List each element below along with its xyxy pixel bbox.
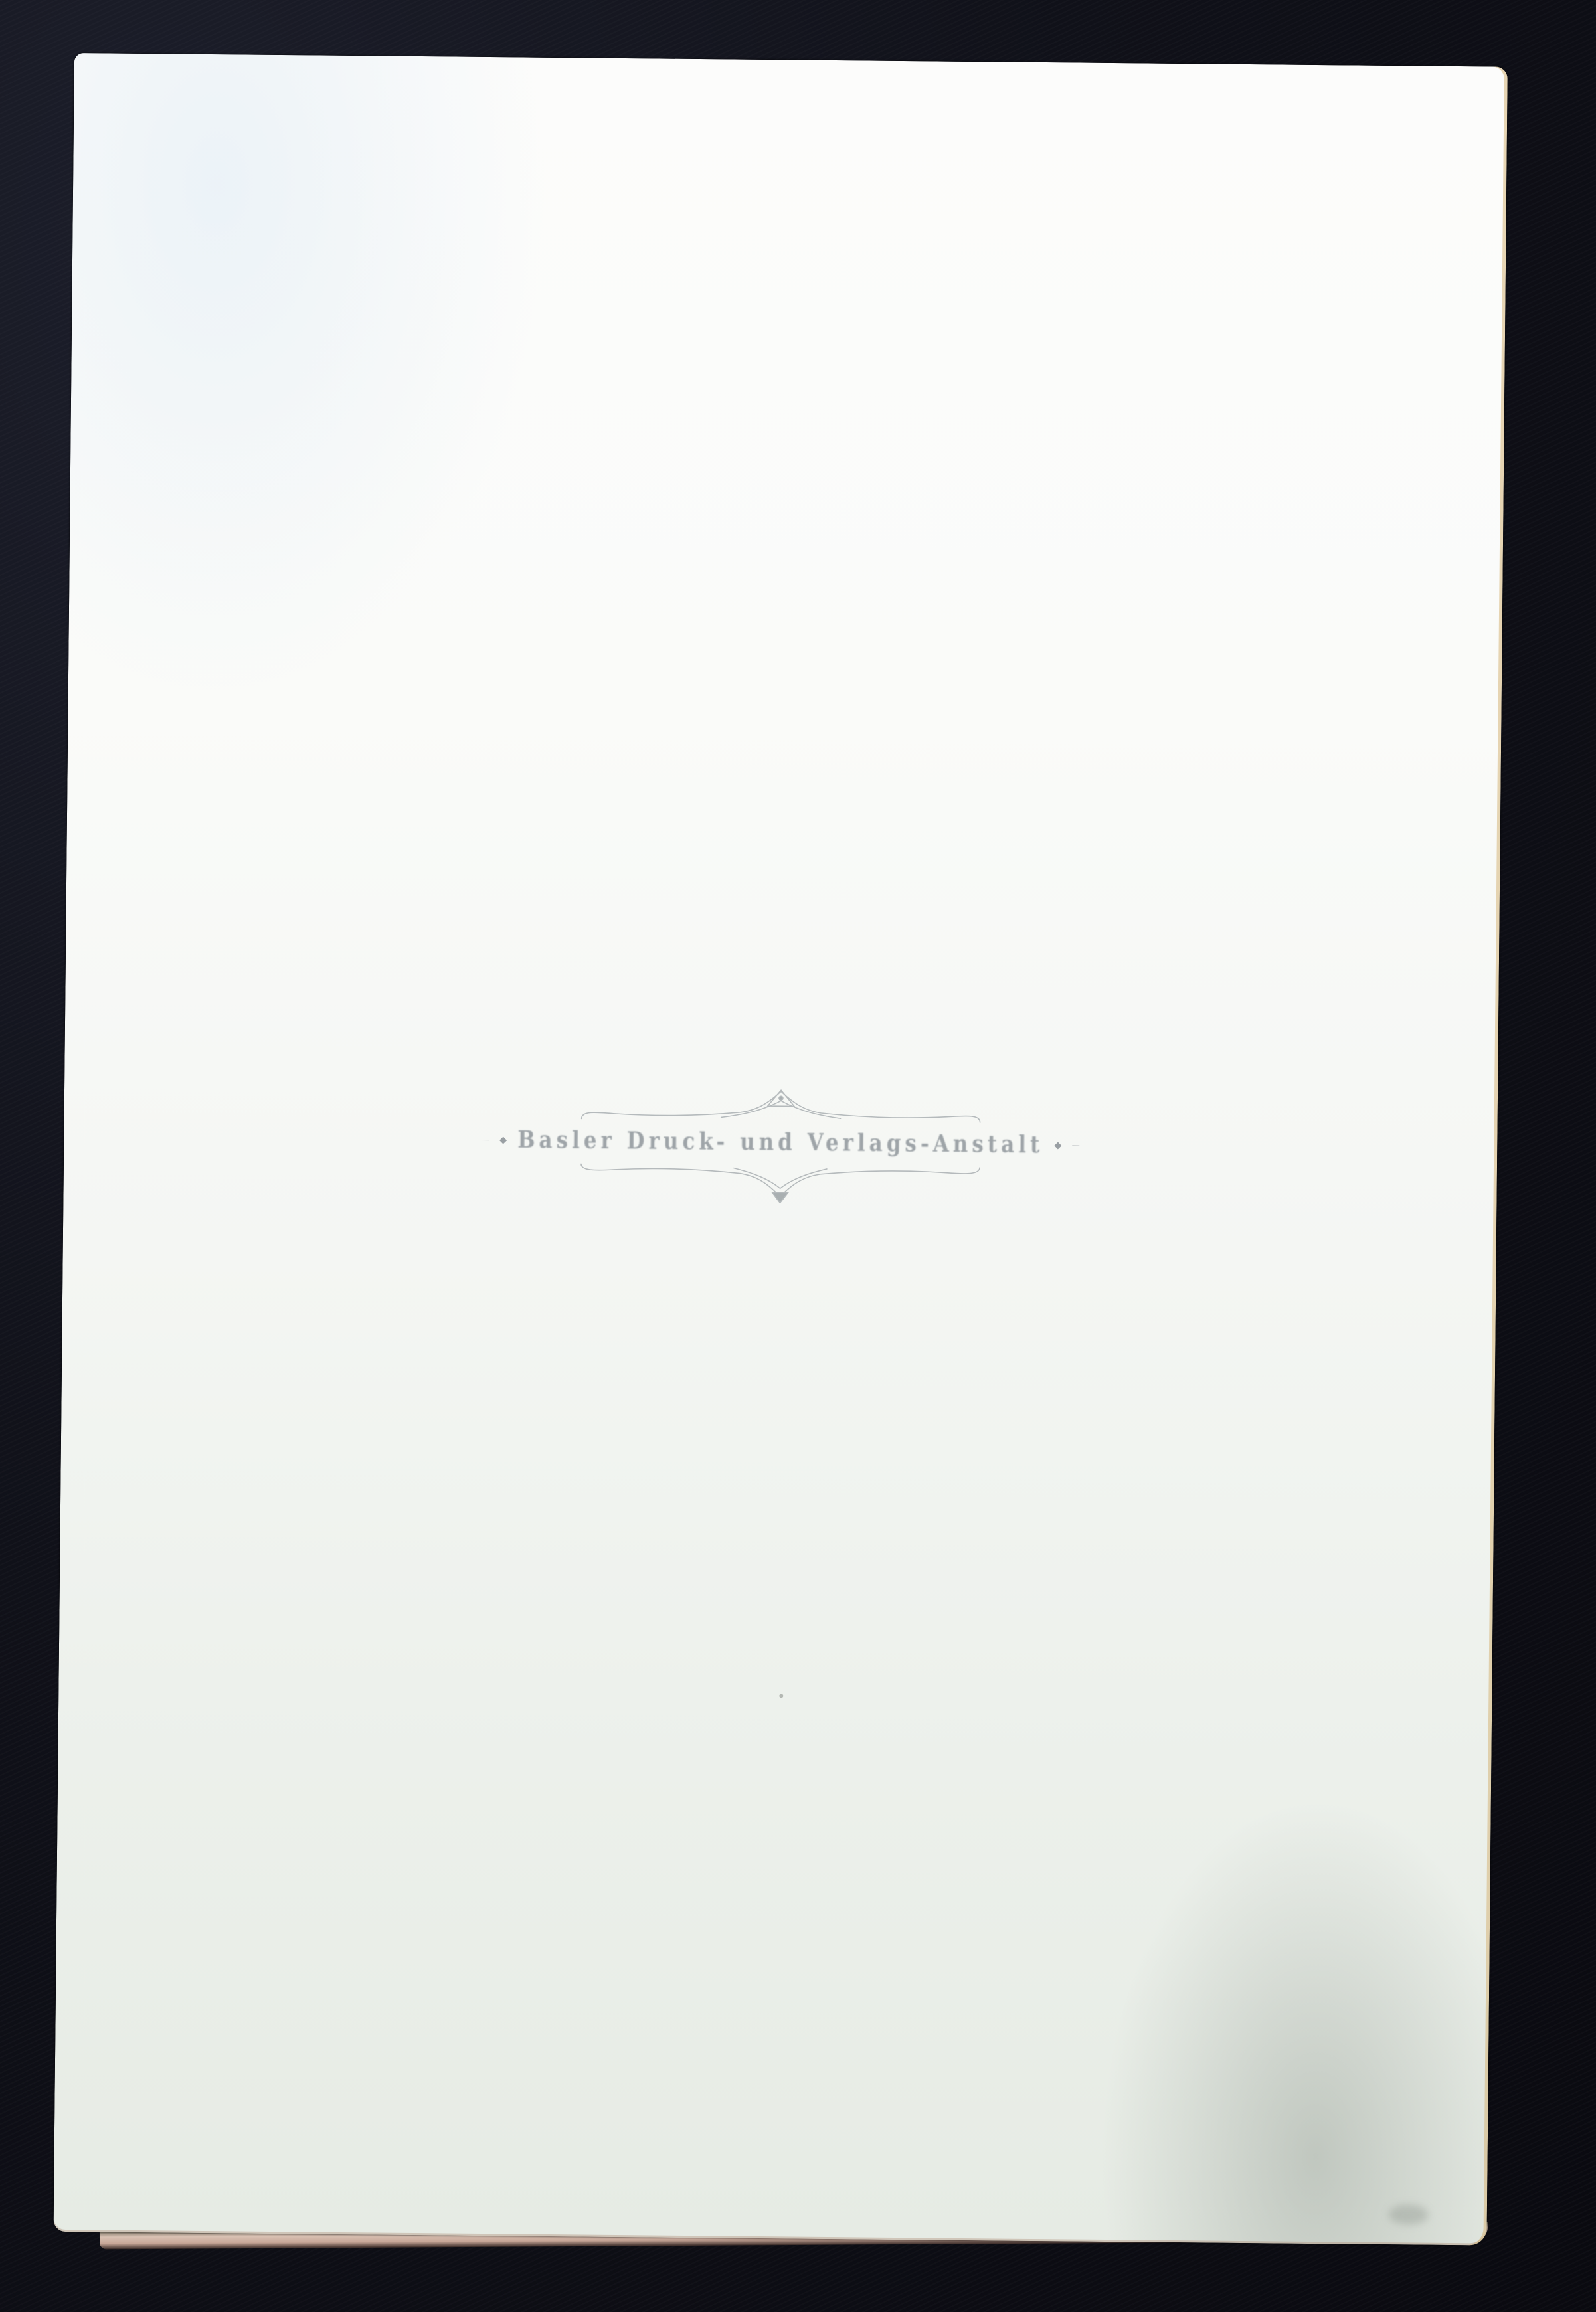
right-rule: [1073, 1145, 1080, 1146]
paper-stain: [1389, 2204, 1429, 2225]
top-flourish-ornament: [569, 1084, 994, 1128]
bottom-flourish-ornament: [567, 1157, 993, 1207]
imprint-line: ⬥ Basler Druck- und Verlags-Anstalt ⬥: [482, 1123, 1079, 1162]
publisher-name: Basler Druck- und Verlags-Anstalt: [517, 1126, 1043, 1159]
left-rule: [482, 1139, 489, 1140]
paper-page: ⬥ Basler Druck- und Verlags-Anstalt ⬥: [54, 53, 1508, 2246]
left-diamond-icon: ⬥: [499, 1133, 507, 1146]
right-diamond-icon: ⬥: [1054, 1138, 1061, 1152]
paper-speck: [779, 1694, 783, 1698]
publisher-imprint: ⬥ Basler Druck- und Verlags-Anstalt ⬥: [481, 1083, 1080, 1209]
